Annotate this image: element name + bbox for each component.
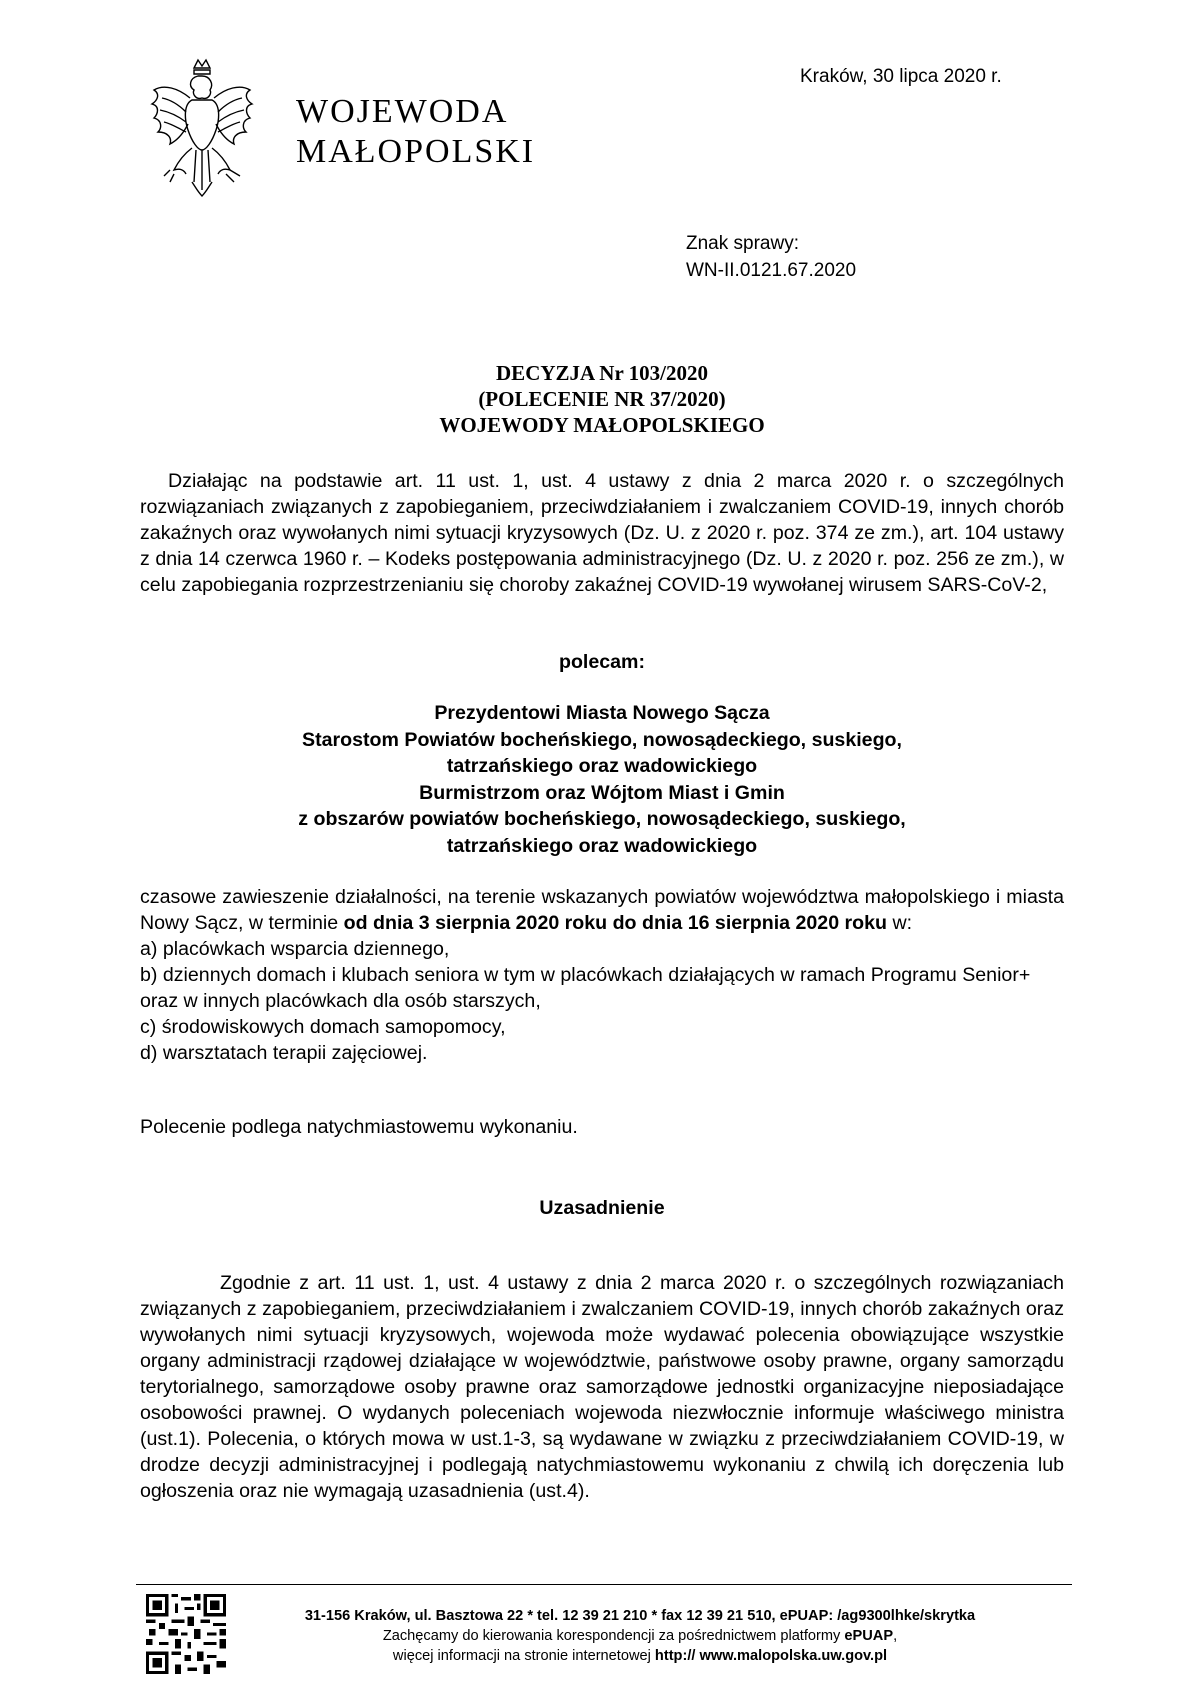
- footer-web-text: więcej informacji na stronie internetowe…: [393, 1648, 655, 1664]
- decision-title: DECYZJA Nr 103/2020 (POLECENIE NR 37/202…: [0, 360, 1204, 438]
- justification-heading: Uzasadnienie: [0, 1195, 1204, 1222]
- footer-web-line: więcej informacji na stronie internetowe…: [240, 1646, 1040, 1666]
- brand-line-2: MAŁOPOLSKI: [296, 132, 535, 172]
- preamble-section: Działając na podstawie art. 11 ust. 1, u…: [140, 468, 1064, 598]
- order-period: od dnia 3 sierpnia 2020 roku do dnia 16 …: [344, 912, 887, 934]
- place-and-date: Kraków, 30 lipca 2020 r.: [800, 66, 1002, 88]
- addressee-line: Prezydentowi Miasta Nowego Sącza: [0, 700, 1204, 727]
- footer-web-link[interactable]: http:// www.malopolska.uw.gov.pl: [655, 1648, 887, 1664]
- order-item-b: b) dziennych domach i klubach seniora w …: [140, 962, 1064, 1014]
- title-line-3: WOJEWODY MAŁOPOLSKIEGO: [0, 412, 1204, 438]
- title-line-1: DECYZJA Nr 103/2020: [0, 360, 1204, 386]
- footer-address: 31-156 Kraków, ul. Basztowa 22 * tel. 12…: [240, 1606, 1040, 1626]
- footer-epuap-line: Zachęcamy do kierowania korespondencji z…: [240, 1626, 1040, 1646]
- order-intro: czasowe zawieszenie działalności, na ter…: [140, 884, 1064, 936]
- footer-epuap-link[interactable]: ePUAP: [844, 1628, 893, 1644]
- case-reference: Znak sprawy: WN-II.0121.67.2020: [686, 230, 856, 284]
- title-line-2: (POLECENIE NR 37/2020): [0, 386, 1204, 412]
- addressee-line: Starostom Powiatów bocheńskiego, nowosąd…: [0, 727, 1204, 754]
- footer-epuap-suffix: ,: [893, 1628, 897, 1644]
- case-label: Znak sprawy:: [686, 230, 856, 257]
- footer-contact: 31-156 Kraków, ul. Basztowa 22 * tel. 12…: [240, 1606, 1040, 1666]
- order-item-a: a) placówkach wsparcia dziennego,: [140, 936, 1064, 962]
- order-item-d: d) warsztatach terapii zajęciowej.: [140, 1040, 1064, 1066]
- footer-divider: [136, 1584, 1072, 1585]
- addressee-line: Burmistrzom oraz Wójtom Miast i Gmin: [0, 780, 1204, 807]
- addressee-line: z obszarów powiatów bocheńskiego, nowosą…: [0, 806, 1204, 833]
- order-item-c: c) środowiskowych domach samopomocy,: [140, 1014, 1064, 1040]
- order-suffix: w:: [887, 912, 912, 934]
- brand-line-1: WOJEWODA: [296, 92, 535, 132]
- issuer-brand: WOJEWODA MAŁOPOLSKI: [296, 92, 535, 172]
- footer-epuap-text: Zachęcamy do kierowania korespondencji z…: [383, 1628, 845, 1644]
- justification-text: Zgodnie z art. 11 ust. 1, ust. 4 ustawy …: [140, 1270, 1064, 1504]
- execution-note: Polecenie podlega natychmiastowemu wykon…: [140, 1114, 1064, 1140]
- command-word: polecam:: [0, 649, 1204, 676]
- justification-section: Zgodnie z art. 11 ust. 1, ust. 4 ustawy …: [140, 1270, 1064, 1504]
- polish-eagle-emblem-icon: [148, 58, 256, 200]
- case-number: WN-II.0121.67.2020: [686, 257, 856, 284]
- preamble-text: Działając na podstawie art. 11 ust. 1, u…: [140, 468, 1064, 598]
- order-section: czasowe zawieszenie działalności, na ter…: [140, 884, 1064, 1066]
- addressees-block: Prezydentowi Miasta Nowego Sącza Starost…: [0, 700, 1204, 859]
- addressee-line: tatrzańskiego oraz wadowickiego: [0, 753, 1204, 780]
- addressee-line: tatrzańskiego oraz wadowickiego: [0, 833, 1204, 860]
- qr-code-icon: [146, 1594, 226, 1674]
